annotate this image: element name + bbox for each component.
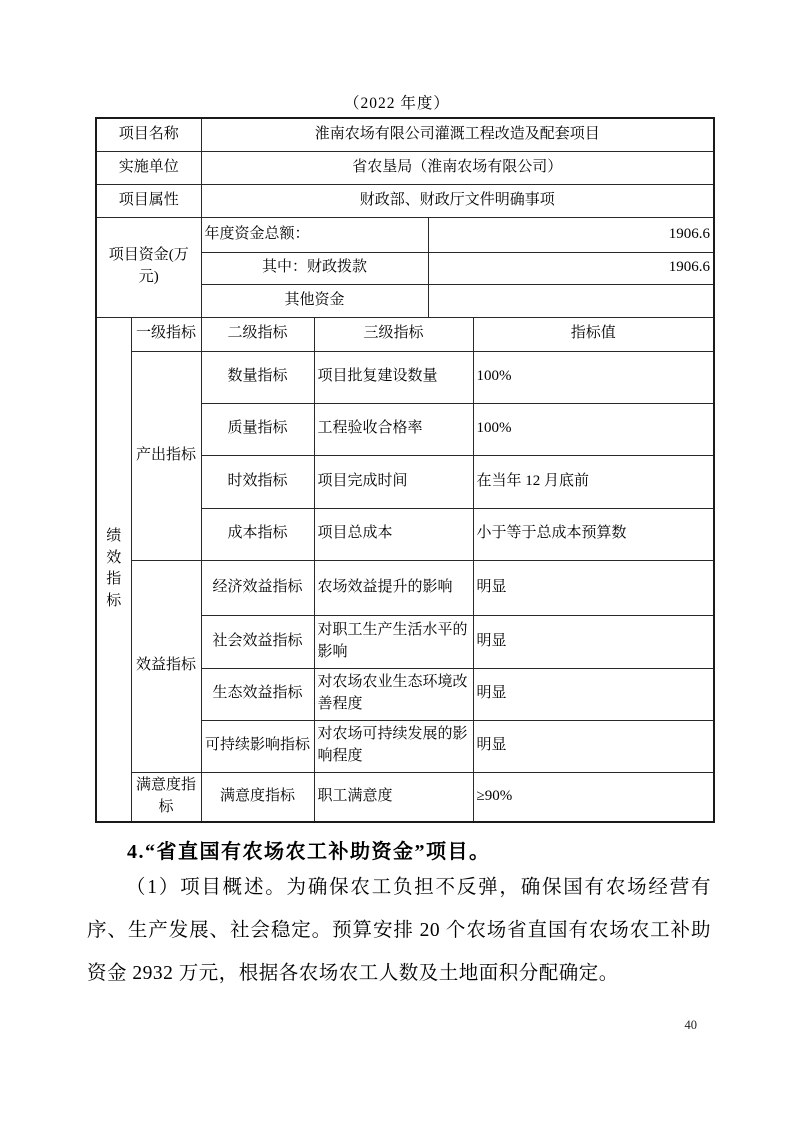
indicator-side-label: 绩效指标	[96, 317, 131, 822]
section-heading: 4.“省直国有农场农工补助资金”项目。	[87, 835, 711, 864]
table-row: 项目名称 淮南农场有限公司灌溉工程改造及配套项目	[96, 118, 714, 151]
level3-cell: 项目完成时间	[314, 455, 473, 508]
project-performance-table: 项目名称 淮南农场有限公司灌溉工程改造及配套项目 实施单位 省农垦局（淮南农场有…	[95, 117, 715, 823]
value-cell: 明显	[473, 720, 714, 772]
level3-cell: 项目批复建设数量	[314, 351, 473, 403]
funds-item-other: 其他资金	[201, 284, 428, 317]
document-page: （2022 年度） 项目名称 淮南农场有限公司灌溉工程改造及配套项目 实施单位 …	[0, 0, 794, 1122]
level1-output: 产出指标	[131, 351, 201, 560]
info-value-project-attribute: 财政部、财政厅文件明确事项	[201, 184, 714, 217]
level1-benefit: 效益指标	[131, 560, 201, 772]
level3-cell: 工程验收合格率	[314, 403, 473, 455]
level2-cell: 成本指标	[201, 508, 314, 560]
value-cell: ≥90%	[473, 772, 714, 822]
header-value: 指标值	[473, 317, 714, 351]
level2-cell: 生态效益指标	[201, 668, 314, 720]
level2-cell: 时效指标	[201, 455, 314, 508]
level2-cell: 数量指标	[201, 351, 314, 403]
info-value-implementing-unit: 省农垦局（淮南农场有限公司）	[201, 151, 714, 184]
value-cell: 在当年 12 月底前	[473, 455, 714, 508]
funds-item-fiscal: 其中：财政拨款	[201, 252, 428, 284]
table-row: 实施单位 省农垦局（淮南农场有限公司）	[96, 151, 714, 184]
table-row: 项目资金(万元) 年度资金总额： 1906.6	[96, 217, 714, 252]
info-label-project-name: 项目名称	[96, 118, 201, 151]
level2-cell: 质量指标	[201, 403, 314, 455]
header-level1: 一级指标	[131, 317, 201, 351]
info-label-project-attribute: 项目属性	[96, 184, 201, 217]
funds-item-total: 年度资金总额：	[201, 217, 428, 252]
level2-cell: 可持续影响指标	[201, 720, 314, 772]
funds-amount-total: 1906.6	[428, 217, 714, 252]
info-value-project-name: 淮南农场有限公司灌溉工程改造及配套项目	[201, 118, 714, 151]
value-cell: 小于等于总成本预算数	[473, 508, 714, 560]
value-cell: 明显	[473, 668, 714, 720]
value-cell: 明显	[473, 615, 714, 668]
value-cell: 明显	[473, 560, 714, 615]
funds-amount-other	[428, 284, 714, 317]
level1-satisfaction: 满意度指标	[131, 772, 201, 822]
level3-cell: 项目总成本	[314, 508, 473, 560]
header-level3: 三级指标	[314, 317, 473, 351]
level2-cell: 社会效益指标	[201, 615, 314, 668]
header-level2: 二级指标	[201, 317, 314, 351]
value-cell: 100%	[473, 351, 714, 403]
funds-label-cell: 项目资金(万元)	[96, 217, 201, 317]
level3-cell: 农场效益提升的影响	[314, 560, 473, 615]
info-label-implementing-unit: 实施单位	[96, 151, 201, 184]
section-paragraph: （1）项目概述。为确保农工负担不反弹，确保国有农场经营有序、生产发展、社会稳定。…	[87, 866, 711, 995]
level3-cell: 对职工生产生活水平的影响	[314, 615, 473, 668]
indicator-row: 满意度指标 满意度指标 职工满意度 ≥90%	[96, 772, 714, 822]
value-cell: 100%	[473, 403, 714, 455]
funds-amount-fiscal: 1906.6	[428, 252, 714, 284]
indicator-row: 产出指标 数量指标 项目批复建设数量 100%	[96, 351, 714, 403]
level3-cell: 职工满意度	[314, 772, 473, 822]
indicator-row: 效益指标 经济效益指标 农场效益提升的影响 明显	[96, 560, 714, 615]
level3-cell: 对农场农业生态环境改善程度	[314, 668, 473, 720]
level3-cell: 对农场可持续发展的影响程度	[314, 720, 473, 772]
level2-cell: 经济效益指标	[201, 560, 314, 615]
indicator-header-row: 绩效指标 一级指标 二级指标 三级指标 指标值	[96, 317, 714, 351]
table-row: 项目属性 财政部、财政厅文件明确事项	[96, 184, 714, 217]
level2-cell: 满意度指标	[201, 772, 314, 822]
doc-title: （2022 年度）	[0, 91, 794, 113]
page-number: 40	[685, 1018, 698, 1033]
